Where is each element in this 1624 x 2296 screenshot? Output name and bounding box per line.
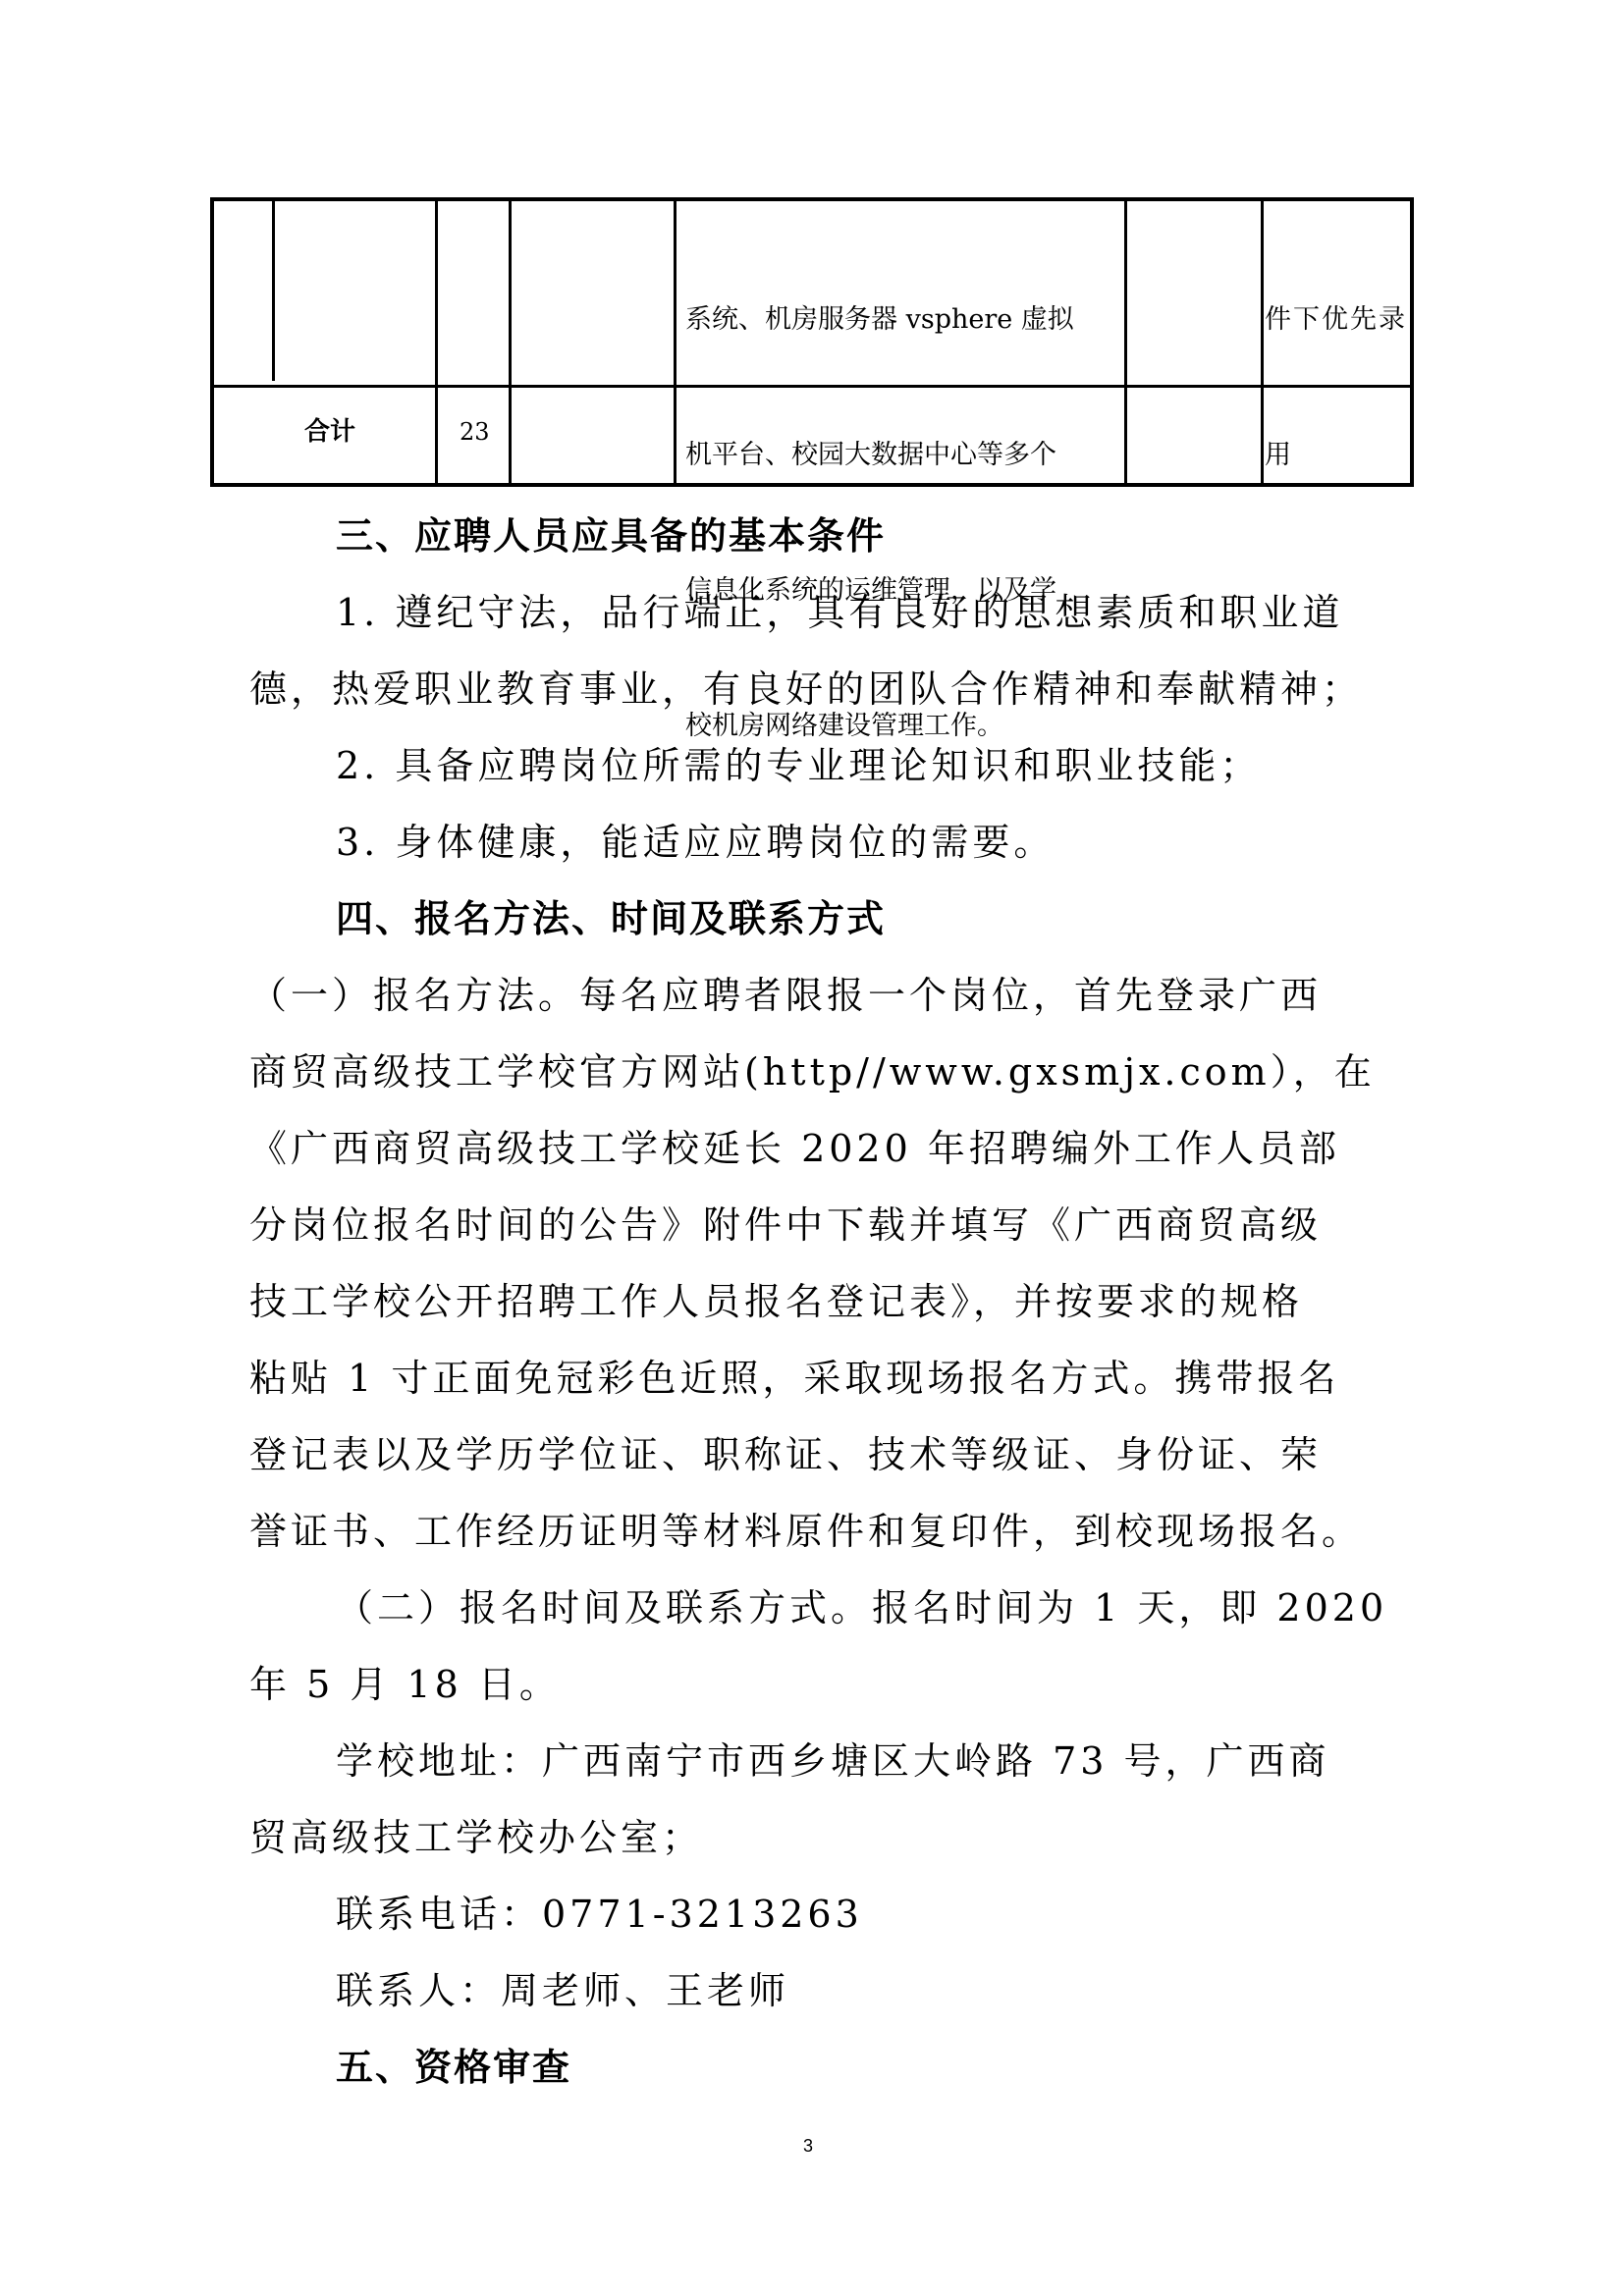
table-col-divider [1124, 201, 1127, 483]
body-line: 登记表以及学历学位证、职称证、技术等级证、身份证、荣 [249, 1432, 1322, 1477]
section5-heading: 五、资格审查 [336, 2045, 571, 2090]
body-line: 商贸高级技工学校官方网站(http//www.gxsmjx.com），在 [249, 1049, 1376, 1095]
body-line: 德，热爱职业教育事业，有良好的团队合作精神和奉献精神； [249, 667, 1363, 712]
body-line: 2. 具备应聘岗位所需的专业理论知识和职业技能； [336, 743, 1261, 788]
section4-heading: 四、报名方法、时间及联系方式 [336, 896, 886, 941]
body-line: 《广西商贸高级技工学校延长 2020 年招聘编外工作人员部 [249, 1126, 1340, 1171]
contact-phone: 联系电话：0771-3213263 [336, 1892, 863, 1937]
duties-line: 系统、机房服务器 vsphere 虚拟 [685, 297, 1074, 343]
body-line: 誉证书、工作经历证明等材料原件和复印件，到校现场报名。 [249, 1509, 1363, 1554]
body-line: （二）报名时间及联系方式。报名时间为 1 天，即 2020 [336, 1585, 1387, 1630]
body-line: 技工学校公开招聘工作人员报名登记表》，并按要求的规格 [249, 1279, 1303, 1324]
page-number: 3 [803, 2136, 813, 2157]
table-col-divider [435, 201, 438, 483]
body-line: 3. 身体健康，能适应应聘岗位的需要。 [336, 820, 1055, 865]
contact-person: 联系人：周老师、王老师 [336, 1968, 789, 2013]
body-line: （一）报名方法。每名应聘者限报一个岗位，首先登录广西 [249, 973, 1322, 1018]
body-line: 年 5 月 18 日。 [249, 1662, 561, 1707]
body-line: 1. 遵纪守法，品行端正，具有良好的思想素质和职业道 [336, 590, 1343, 635]
remarks-cell: 件下优先录 用 [1265, 207, 1407, 568]
table-col-divider [674, 201, 677, 483]
section3-heading: 三、应聘人员应具备的基本条件 [336, 513, 886, 559]
duties-line: 机平台、校园大数据中心等多个 [685, 433, 1074, 478]
body-line: 分岗位报名时间的公告》附件中下载并填写《广西商贸高级 [249, 1202, 1322, 1248]
positions-table: 系统、机房服务器 vsphere 虚拟 机平台、校园大数据中心等多个 信息化系统… [210, 197, 1414, 487]
table-col-divider [272, 201, 275, 381]
total-count: 23 [460, 409, 490, 454]
body-line: 粘贴 1 寸正面免冠彩色近照，采取现场报名方式。携带报名 [249, 1356, 1339, 1401]
total-label: 合计 [304, 409, 355, 454]
address-line: 贸高级技工学校办公室； [249, 1815, 703, 1860]
table-col-divider [509, 201, 512, 483]
address-line: 学校地址：广西南宁市西乡塘区大岭路 73 号，广西商 [336, 1738, 1330, 1784]
remarks-line: 用 [1265, 433, 1407, 478]
table-col-divider [1261, 201, 1264, 483]
remarks-line: 件下优先录 [1265, 297, 1407, 343]
